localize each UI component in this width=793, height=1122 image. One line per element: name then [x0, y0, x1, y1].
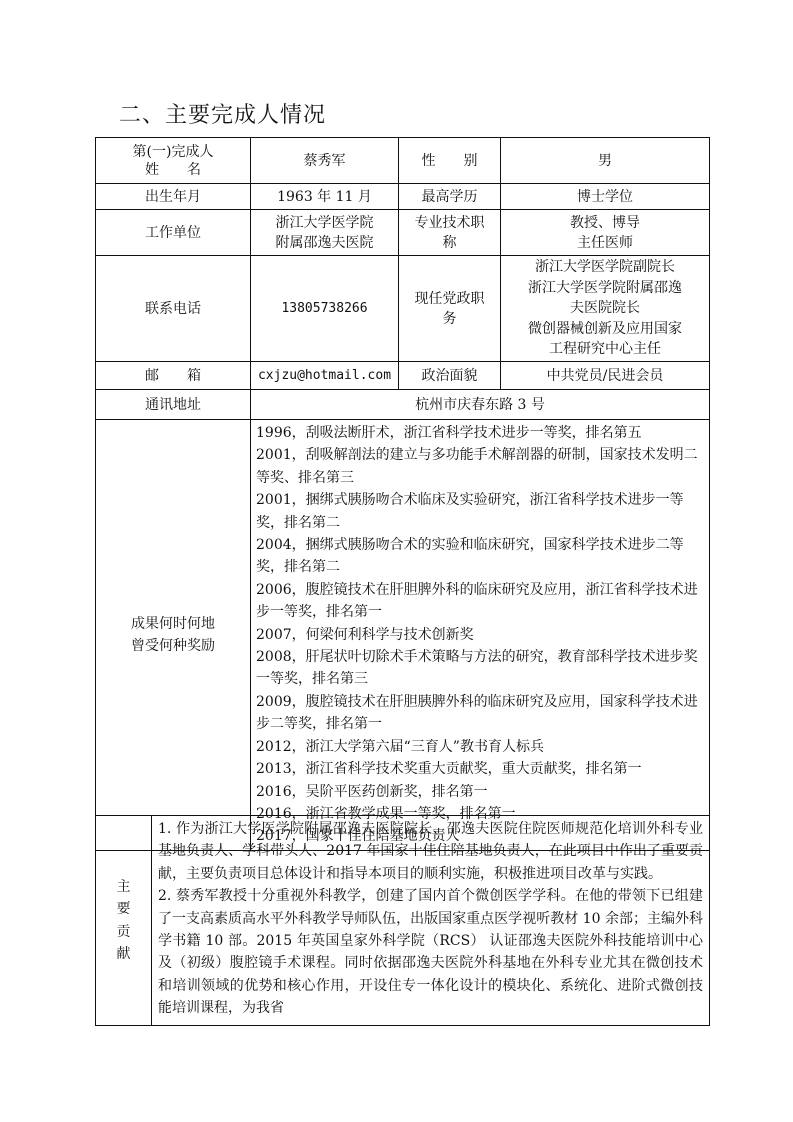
phone-row: 联系电话 13805738266 现任党政职 务 浙江大学医学院副院长 浙江大学…: [96, 256, 710, 362]
awards-list: 1996，刮吸法断肝术，浙江省科学技术进步一等奖，排名第五 2001，刮吸解剖法…: [251, 420, 710, 851]
address-label: 通讯地址: [96, 390, 251, 420]
email-label: 邮 箱: [96, 362, 251, 390]
contribution-body: 1. 作为浙江大学医学院附属邵逸夫医院院长、邵逸夫医院住院医师规范化培训外科专业…: [152, 816, 710, 1026]
award-item: 2016，吴阶平医药创新奖，排名第一: [256, 781, 704, 803]
award-item: 1996，刮吸法断肝术，浙江省科学技术进步一等奖，排名第五: [256, 422, 704, 444]
birth-row: 出生年月 1963 年 11 月 最高学历 博士学位: [96, 184, 710, 210]
award-item: 2001，刮吸解剖法的建立与多功能手术解剖器的研制，国家技术发明二等奖、排名第三: [256, 444, 704, 489]
politics-value: 中共党员/民进会员: [501, 362, 710, 390]
employer-label: 工作单位: [96, 210, 251, 256]
employer-value: 浙江大学医学院 附属邵逸夫医院: [251, 210, 399, 256]
contribution-paragraph: 2. 蔡秀军教授十分重视外科教学，创建了国内首个微创医学学科。在他的带领下已组建…: [158, 885, 703, 1019]
gender-label: 性 别: [399, 138, 501, 184]
title-value: 教授、博导 主任医师: [501, 210, 710, 256]
position-value: 浙江大学医学院副院长 浙江大学医学院附属邵逸 夫医院院长 微创器械创新及应用国家…: [501, 256, 710, 362]
phone-label: 联系电话: [96, 256, 251, 362]
gender-value: 男: [501, 138, 710, 184]
title-label: 专业技术职 称: [399, 210, 501, 256]
award-item: 2007，何梁何利科学与技术创新奖: [256, 624, 704, 646]
award-item: 2012，浙江大学第六届“三育人”教书育人标兵: [256, 736, 704, 758]
award-item: 2009，腹腔镜技术在肝胆胰脾外科的临床研究及应用，国家科学技术进步二等奖，排名…: [256, 691, 704, 736]
award-item: 2004，捆绑式胰肠吻合术的实验和临床研究，国家科学技术进步二等奖，排名第二: [256, 534, 704, 579]
contribution-table: 主 要 贡 献 1. 作为浙江大学医学院附属邵逸夫医院院长、邵逸夫医院住院医师规…: [95, 815, 710, 1026]
awards-label: 成果何时何地 曾受何种奖励: [96, 420, 251, 851]
birth-value: 1963 年 11 月: [251, 184, 399, 210]
contribution-paragraph: 1. 作为浙江大学医学院附属邵逸夫医院院长、邵逸夫医院住院医师规范化培训外科专业…: [158, 818, 703, 885]
award-item: 2008，肝尾状叶切除术手术策略与方法的研究，教育部科学技术进步奖一等奖，排名第…: [256, 646, 704, 691]
awards-row: 成果何时何地 曾受何种奖励 1996，刮吸法断肝术，浙江省科学技术进步一等奖，排…: [96, 420, 710, 851]
contribution-label: 主 要 贡 献: [96, 816, 152, 1026]
degree-value: 博士学位: [501, 184, 710, 210]
award-item: 2006，腹腔镜技术在肝胆脾外科的临床研究及应用，浙江省科学技术进步一等奖，排名…: [256, 579, 704, 624]
phone-value: 13805738266: [251, 256, 399, 362]
award-item: 2001，捆绑式胰肠吻合术临床及实验研究，浙江省科学技术进步一等奖，排名第二: [256, 489, 704, 534]
email-row: 邮 箱 cxjzu@hotmail.com 政治面貌 中共党员/民进会员: [96, 362, 710, 390]
name-row: 第(一)完成人 姓 名 蔡秀军 性 别 男: [96, 138, 710, 184]
section-heading: 二、主要完成人情况: [119, 98, 326, 129]
politics-label: 政治面貌: [399, 362, 501, 390]
award-item: 2013，浙江省科学技术奖重大贡献奖，重大贡献奖，排名第一: [256, 758, 704, 780]
name-label: 第(一)完成人 姓 名: [96, 138, 251, 184]
email-value: cxjzu@hotmail.com: [251, 362, 399, 390]
personnel-table: 第(一)完成人 姓 名 蔡秀军 性 别 男 出生年月 1963 年 11 月 最…: [95, 137, 710, 851]
employer-row: 工作单位 浙江大学医学院 附属邵逸夫医院 专业技术职 称 教授、博导 主任医师: [96, 210, 710, 256]
name-value: 蔡秀军: [251, 138, 399, 184]
birth-label: 出生年月: [96, 184, 251, 210]
degree-label: 最高学历: [399, 184, 501, 210]
address-row: 通讯地址 杭州市庆春东路 3 号: [96, 390, 710, 420]
position-label: 现任党政职 务: [399, 256, 501, 362]
contribution-row: 主 要 贡 献 1. 作为浙江大学医学院附属邵逸夫医院院长、邵逸夫医院住院医师规…: [96, 816, 710, 1026]
address-value: 杭州市庆春东路 3 号: [251, 390, 710, 420]
